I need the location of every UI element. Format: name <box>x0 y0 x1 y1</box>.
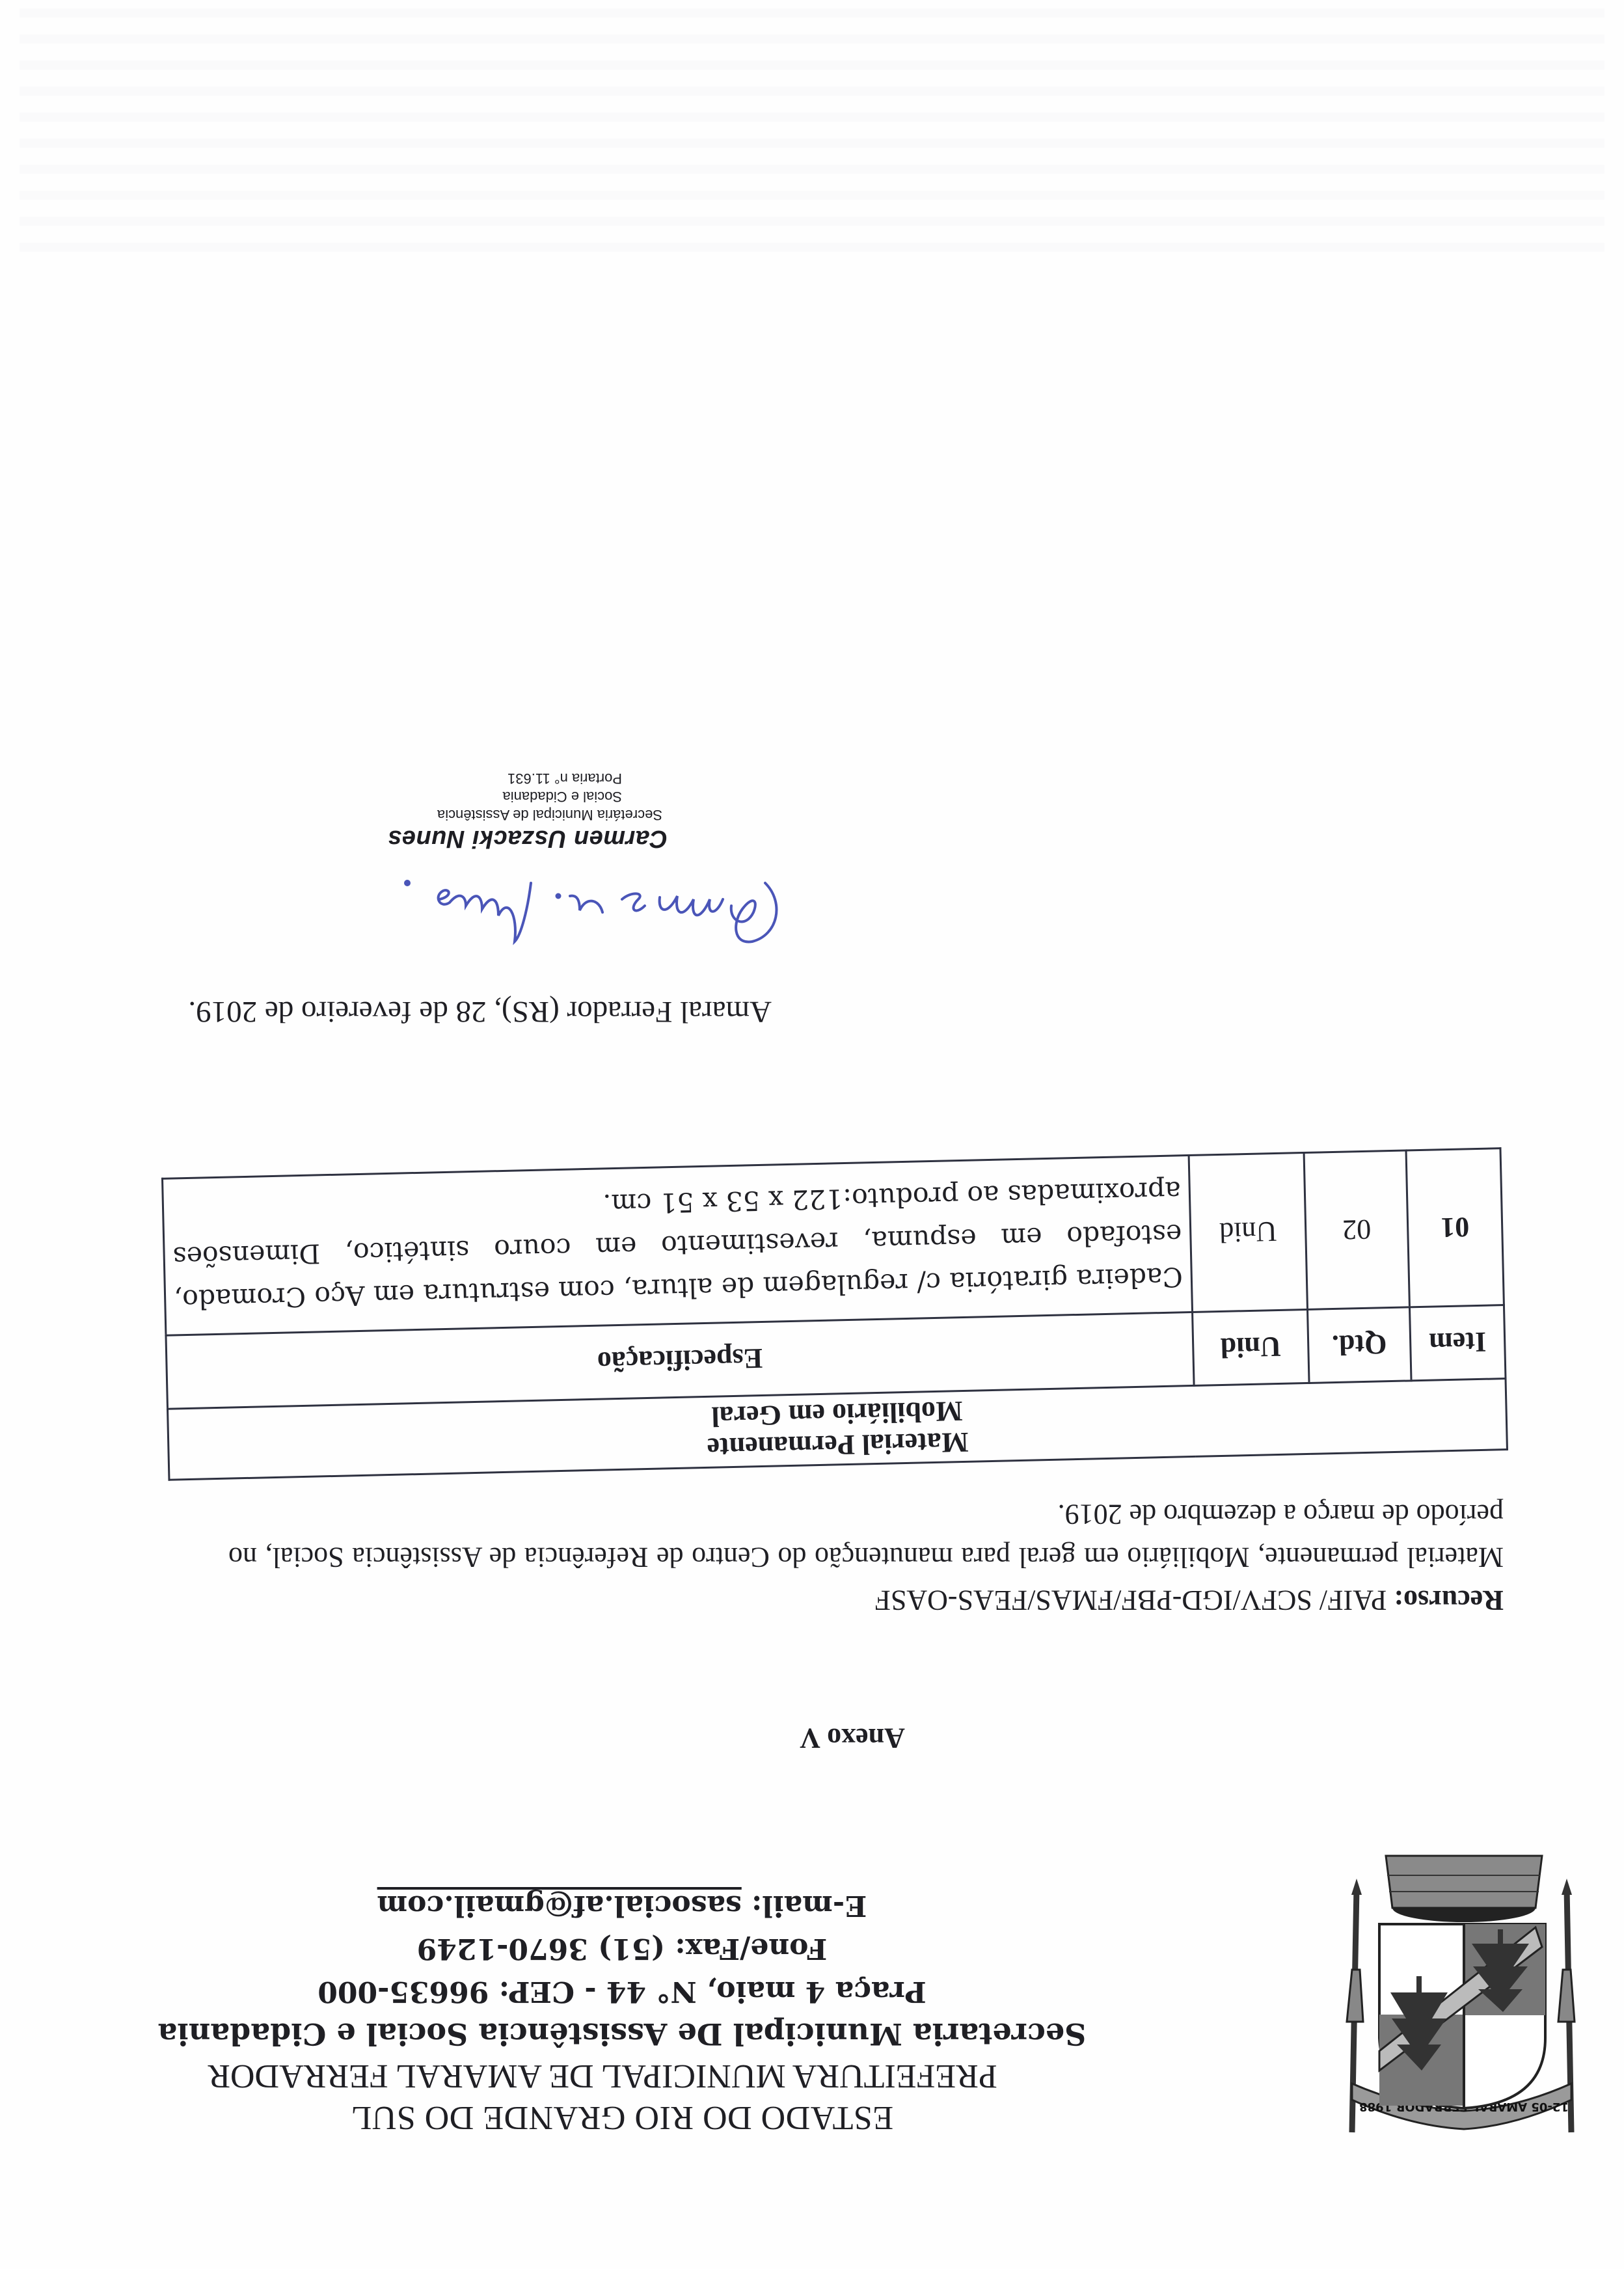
date-line: Amaral Ferrador (RS), 28 de fevereiro de… <box>188 994 772 1029</box>
annex-title: Anexo V <box>81 1722 1624 1755</box>
email-label: E-mail: <box>742 1889 867 1922</box>
municipal-coat-of-arms-icon: 12-05 AMARAL FERRADOR 1988 <box>1331 1846 1594 2142</box>
column-header-unid: Unid <box>1193 1309 1310 1385</box>
table-row: 01 02 Unid Cadeira giratória c/ regulage… <box>162 1148 1504 1336</box>
department-name: Secretaria Municipal De Assistência Soci… <box>0 2013 1260 2056</box>
email-link[interactable]: sasocial.af@gmail.com <box>377 1889 742 1922</box>
scan-bleed-through <box>20 5 1604 252</box>
cell-item: 01 <box>1406 1148 1504 1307</box>
official-stamp: Carmen Uszacki Nunes Secretária Municipa… <box>368 769 668 854</box>
recurso-line: Recurso: PAIF/ SCFV/IGD-PBF/FMAS/FEAS-OA… <box>228 1579 1504 1622</box>
column-header-qtd: Qtd. <box>1308 1307 1412 1383</box>
items-table-wrapper: Material Permanente Mobiliário em Geral … <box>161 1147 1508 1481</box>
cell-especificacao: Cadeira giratória c/ regulagem de altura… <box>162 1156 1192 1336</box>
recurso-description: Material permanente, Mobiliário em geral… <box>228 1493 1504 1579</box>
address: Praça 4 maio, N° 44 - CEP: 96635-000 <box>0 1970 1260 2013</box>
items-table: Material Permanente Mobiliário em Geral … <box>161 1147 1508 1481</box>
stamp-role-line1: Secretária Municipal de Assistência <box>368 806 662 824</box>
recurso-value: PAIF/ SCFV/IGD-PBF/FMAS/FEAS-OASF <box>874 1584 1394 1616</box>
handwritten-signature <box>336 857 804 961</box>
cell-unid: Unid <box>1189 1153 1307 1312</box>
column-header-item: Item <box>1409 1305 1506 1381</box>
stamp-name: Carmen Uszacki Nunes <box>368 824 668 854</box>
stamp-portaria: Portaria n° 11.631 <box>368 769 622 787</box>
letterhead: ESTADO DO RIO GRANDE DO SUL PREFEITURA M… <box>0 1884 1260 2139</box>
recurso-paragraph: Recurso: PAIF/ SCFV/IGD-PBF/FMAS/FEAS-OA… <box>228 1493 1504 1622</box>
stamp-role-line2: Social e Cidadania <box>368 787 622 806</box>
recurso-label: Recurso: <box>1394 1584 1504 1616</box>
cell-qtd: 02 <box>1304 1150 1409 1309</box>
document-page: 12-05 AMARAL FERRADOR 1988 ESTADO DO RIO… <box>0 0 1624 2269</box>
state-name: ESTADO DO RIO GRANDE DO SUL <box>0 2096 1260 2139</box>
municipality-name: PREFEITURA MUNICIPAL DE AMARAL FERRADOR <box>0 2056 1221 2096</box>
phone-fax: Fone/Fax: (51) 3670-1249 <box>0 1927 1260 1970</box>
email-line: E-mail: sasocial.af@gmail.com <box>0 1884 1260 1927</box>
